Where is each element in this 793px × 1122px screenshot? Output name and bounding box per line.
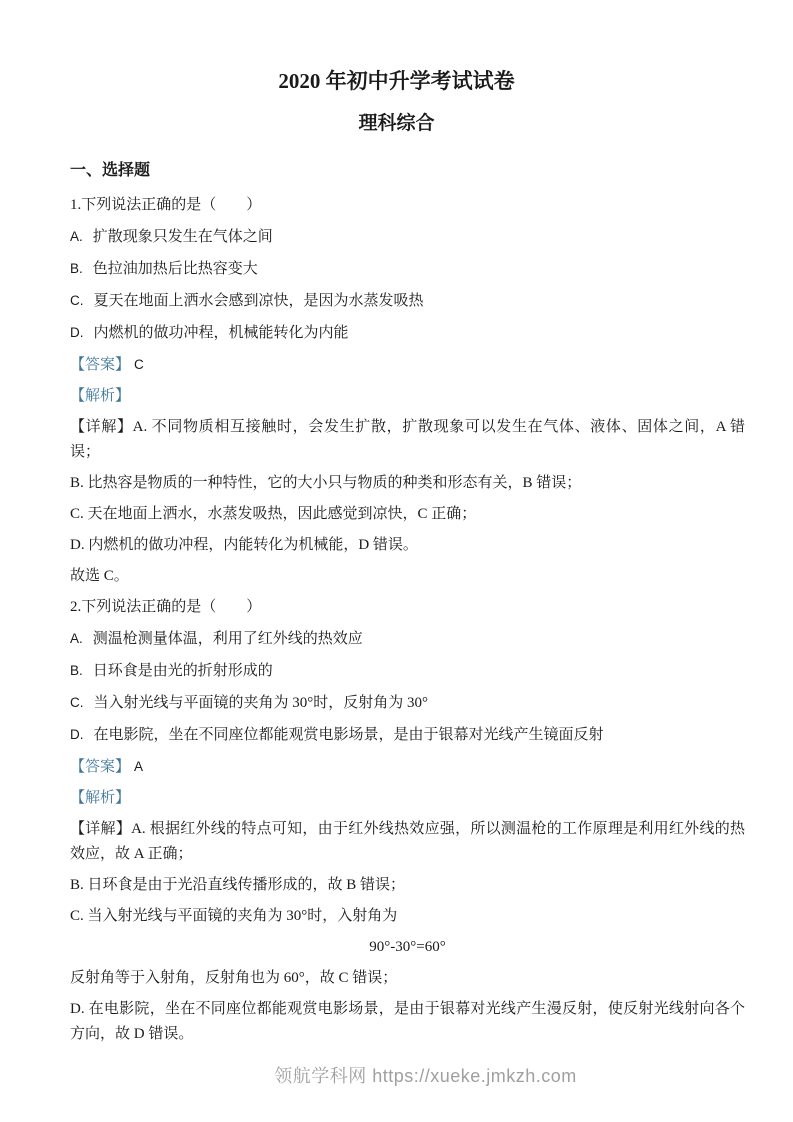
- question-1-option-b: B.色拉油加热后比热容变大: [70, 256, 745, 282]
- formula-line: 90°-30°=60°: [70, 935, 745, 960]
- option-text: 扩散现象只发生在气体之间: [93, 229, 273, 245]
- option-letter: A.: [70, 229, 83, 244]
- answer-value: A: [134, 759, 143, 774]
- answer-value: C: [134, 357, 144, 372]
- question-1-conclusion: 故选 C。: [70, 564, 745, 589]
- question-1-detail-paragraph: 【详解】A. 不同物质相互接触时，会发生扩散，扩散现象可以发生在气体、液体、固体…: [70, 415, 745, 465]
- question-block-2: 2.下列说法正确的是（ ） A.测温枪测量体温，利用了红外线的热效应 B.日环食…: [0, 595, 793, 1047]
- question-2-answer-line: 【答案】A: [70, 754, 745, 780]
- question-1-option-d: D.内燃机的做功冲程，机械能转化为内能: [70, 320, 745, 346]
- option-text: 日环食是由光的折射形成的: [93, 663, 273, 679]
- question-1-option-c: C.夏天在地面上洒水会感到凉快，是因为水蒸发吸热: [70, 288, 745, 314]
- answer-label: 【答案】: [70, 357, 130, 373]
- option-letter: C.: [70, 695, 84, 710]
- question-2-option-a: A.测温枪测量体温，利用了红外线的热效应: [70, 626, 745, 652]
- option-text: 内燃机的做功冲程，机械能转化为内能: [94, 325, 349, 341]
- question-2-detail-paragraph: B. 日环食是由于光沿直线传播形成的，故 B 错误；: [70, 873, 745, 898]
- option-text: 在电影院，坐在不同座位都能观赏电影场景，是由于银幕对光线产生镜面反射: [94, 727, 604, 743]
- question-1-answer-line: 【答案】C: [70, 352, 745, 378]
- watermark: 领航学科网 https://xueke.jmkzh.com: [0, 1062, 793, 1088]
- option-letter: B.: [70, 261, 83, 276]
- question-2-detail-paragraph: D. 在电影院，坐在不同座位都能观赏电影场景，是由于银幕对光线产生漫反射，使反射…: [70, 997, 745, 1047]
- option-text: 色拉油加热后比热容变大: [93, 261, 258, 277]
- question-2-detail-paragraph: C. 当入射光线与平面镜的夹角为 30°时，入射角为: [70, 904, 745, 929]
- answer-label: 【答案】: [70, 759, 130, 775]
- question-1-option-a: A.扩散现象只发生在气体之间: [70, 224, 745, 250]
- question-2-option-b: B.日环食是由光的折射形成的: [70, 658, 745, 684]
- option-letter: D.: [70, 727, 84, 742]
- option-letter: B.: [70, 663, 83, 678]
- question-1-detail-paragraph: B. 比热容是物质的一种特性，它的大小只与物质的种类和形态有关，B 错误；: [70, 471, 745, 496]
- question-1-detail-paragraph: D. 内燃机的做功冲程，内能转化为机械能，D 错误。: [70, 533, 745, 558]
- page-title: 2020 年初中升学考试试卷: [0, 66, 793, 96]
- analysis-label: 【解析】: [70, 388, 130, 404]
- question-2-detail-paragraph: 反射角等于入射角，反射角也为 60°，故 C 错误；: [70, 966, 745, 991]
- option-text: 当入射光线与平面镜的夹角为 30°时，反射角为 30°: [94, 695, 429, 711]
- document-header: 2020 年初中升学考试试卷 理科综合: [0, 0, 793, 138]
- option-text: 夏天在地面上洒水会感到凉快，是因为水蒸发吸热: [94, 293, 424, 309]
- question-1-stem: 1.下列说法正确的是（ ）: [70, 193, 745, 218]
- page-subtitle: 理科综合: [0, 110, 793, 138]
- question-1-analysis-line: 【解析】: [70, 384, 745, 409]
- option-letter: A.: [70, 631, 83, 646]
- option-letter: D.: [70, 325, 84, 340]
- option-letter: C.: [70, 293, 84, 308]
- question-2-detail-paragraph: 【详解】A. 根据红外线的特点可知，由于红外线热效应强，所以测温枪的工作原理是利…: [70, 817, 745, 867]
- question-2-option-d: D.在电影院，坐在不同座位都能观赏电影场景，是由于银幕对光线产生镜面反射: [70, 722, 745, 748]
- question-block-1: 1.下列说法正确的是（ ） A.扩散现象只发生在气体之间 B.色拉油加热后比热容…: [0, 193, 793, 589]
- exam-document-page: 2020 年初中升学考试试卷 理科综合 一、选择题 1.下列说法正确的是（ ） …: [0, 0, 793, 1122]
- question-2-option-c: C.当入射光线与平面镜的夹角为 30°时，反射角为 30°: [70, 690, 745, 716]
- analysis-label: 【解析】: [70, 790, 130, 806]
- question-2-stem: 2.下列说法正确的是（ ）: [70, 595, 745, 620]
- question-1-detail-paragraph: C. 天在地面上洒水，水蒸发吸热，因此感觉到凉快，C 正确；: [70, 502, 745, 527]
- section-heading: 一、选择题: [70, 160, 745, 182]
- question-2-analysis-line: 【解析】: [70, 786, 745, 811]
- option-text: 测温枪测量体温，利用了红外线的热效应: [93, 631, 363, 647]
